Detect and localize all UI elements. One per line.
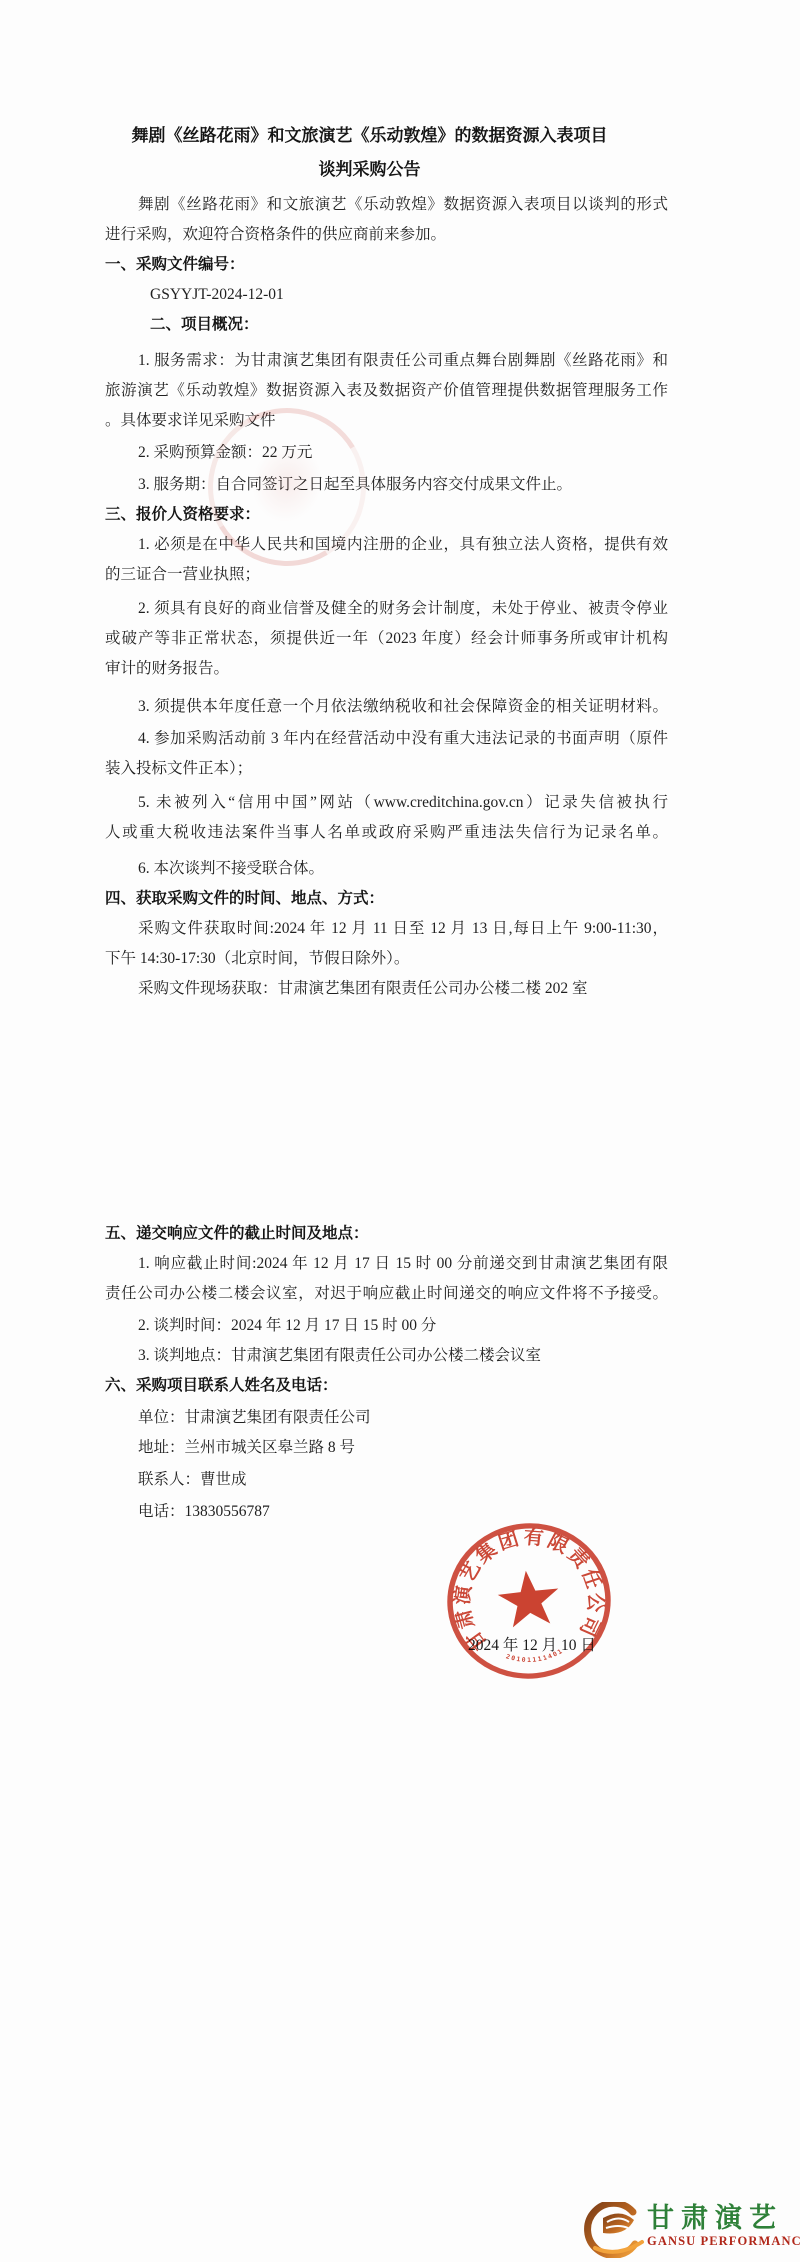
document-line: 5. 未被列入“信用中国”网站（www.creditchina.gov.cn）记… xyxy=(105,788,668,818)
document-line: 3. 服务期：自合同签订之日起至具体服务内容交付成果文件止。 xyxy=(105,470,668,500)
seal-star-icon xyxy=(496,1568,562,1629)
logo-chinese-wordmark: 甘肃演艺 xyxy=(647,2202,800,2234)
document-line: 进行采购，欢迎符合资格条件的供应商前来参加。 xyxy=(105,220,668,250)
document-line: 四、获取采购文件的时间、地点、方式： xyxy=(105,884,668,914)
gansu-performance-logo: 甘肃演艺 GANSU PERFORMANCE xyxy=(581,2202,800,2258)
document-line: 6. 本次谈判不接受联合体。 xyxy=(105,854,668,884)
document-line: 六、采购项目联系人姓名及电话： xyxy=(105,1371,668,1401)
document-line: 下午 14:30-17:30（北京时间，节假日除外）。 xyxy=(105,944,668,974)
document-body: 舞剧《丝路花雨》和文旅演艺《乐动敦煌》数据资源入表项目以谈判的形式 进行采购，欢… xyxy=(105,190,668,1527)
document-line: 地址：兰州市城关区皋兰路 8 号 xyxy=(105,1433,668,1463)
document-line: 2. 谈判时间：2024 年 12 月 17 日 15 时 00 分 xyxy=(105,1311,668,1341)
document-line: 三、报价人资格要求： xyxy=(105,500,668,530)
document-line: 单位：甘肃演艺集团有限责任公司 xyxy=(105,1403,668,1433)
document-line: 联系人：曹世成 xyxy=(105,1465,668,1495)
document-content: 舞剧《丝路花雨》和文旅演艺《乐动敦煌》的数据资源入表项目 谈判采购公告 舞剧《丝… xyxy=(105,120,668,1527)
document-line: 的三证合一营业执照； xyxy=(105,560,668,590)
document-line: 3. 须提供本年度任意一个月依法缴纳税收和社会保障资金的相关证明材料。 xyxy=(105,692,668,722)
document-line: 责任公司办公楼二楼会议室，对迟于响应截止时间递交的响应文件将不予接受。 xyxy=(105,1279,668,1309)
document-line: 一、采购文件编号： xyxy=(105,250,668,280)
document-line: 人或重大税收违法案件当事人名单或政府采购严重违法失信行为记录名单。 xyxy=(105,818,668,848)
document-line: 。具体要求详见采购文件 xyxy=(105,406,668,436)
document-line: 1. 服务需求：为甘肃演艺集团有限责任公司重点舞台剧舞剧《丝路花雨》和 xyxy=(105,346,668,376)
document-line: GSYYJT-2024-12-01 xyxy=(105,280,668,310)
document-line: 装入投标文件正本）； xyxy=(105,754,668,784)
document-line: 4. 参加采购活动前 3 年内在经营活动中没有重大违法记录的书面声明（原件 xyxy=(105,724,668,754)
document-title-line1: 舞剧《丝路花雨》和文旅演艺《乐动敦煌》的数据资源入表项目 xyxy=(105,120,668,152)
document-line: 五、递交响应文件的截止时间及地点： xyxy=(105,1219,668,1249)
document-line: 2. 采购预算金额：22 万元 xyxy=(105,438,668,468)
document-line xyxy=(105,1004,668,1219)
document-line: 舞剧《丝路花雨》和文旅演艺《乐动敦煌》数据资源入表项目以谈判的形式 xyxy=(105,190,668,220)
document-line: 审计的财务报告。 xyxy=(105,654,668,684)
official-company-seal: 甘肃演艺集团有限责任公司 6201011114010 xyxy=(425,1501,633,1700)
scanned-procurement-announcement-page: 舞剧《丝路花雨》和文旅演艺《乐动敦煌》的数据资源入表项目 谈判采购公告 舞剧《丝… xyxy=(0,0,800,2262)
document-line: 3. 谈判地点：甘肃演艺集团有限责任公司办公楼二楼会议室 xyxy=(105,1341,668,1371)
document-line: 1. 必须是在中华人民共和国境内注册的企业，具有独立法人资格，提供有效 xyxy=(105,530,668,560)
document-line: 2. 须具有良好的商业信誉及健全的财务会计制度，未处于停业、被责令停业 xyxy=(105,594,668,624)
logo-english-wordmark: GANSU PERFORMANCE xyxy=(647,2234,800,2248)
document-line: 采购文件获取时间:2024 年 12 月 11 日至 12 月 13 日,每日上… xyxy=(105,914,668,944)
document-line: 1. 响应截止时间:2024 年 12 月 17 日 15 时 00 分前递交到… xyxy=(105,1249,668,1279)
document-line: 旅游演艺《乐动敦煌》数据资源入表及数据资产价值管理提供数据管理服务工作 xyxy=(105,376,668,406)
apsara-swirl-icon xyxy=(581,2202,645,2258)
seal-date: 2024 年 12 月 10 日 xyxy=(468,1633,688,1659)
document-line: 或破产等非正常状态，须提供近一年（2023 年度）经会计师事务所或审计机构 xyxy=(105,624,668,654)
document-line: 采购文件现场获取：甘肃演艺集团有限责任公司办公楼二楼 202 室 xyxy=(105,974,668,1004)
document-line: 二、项目概况： xyxy=(105,310,668,340)
seal-bleed-blob xyxy=(243,436,330,531)
document-title-line2: 谈判采购公告 xyxy=(105,154,668,186)
